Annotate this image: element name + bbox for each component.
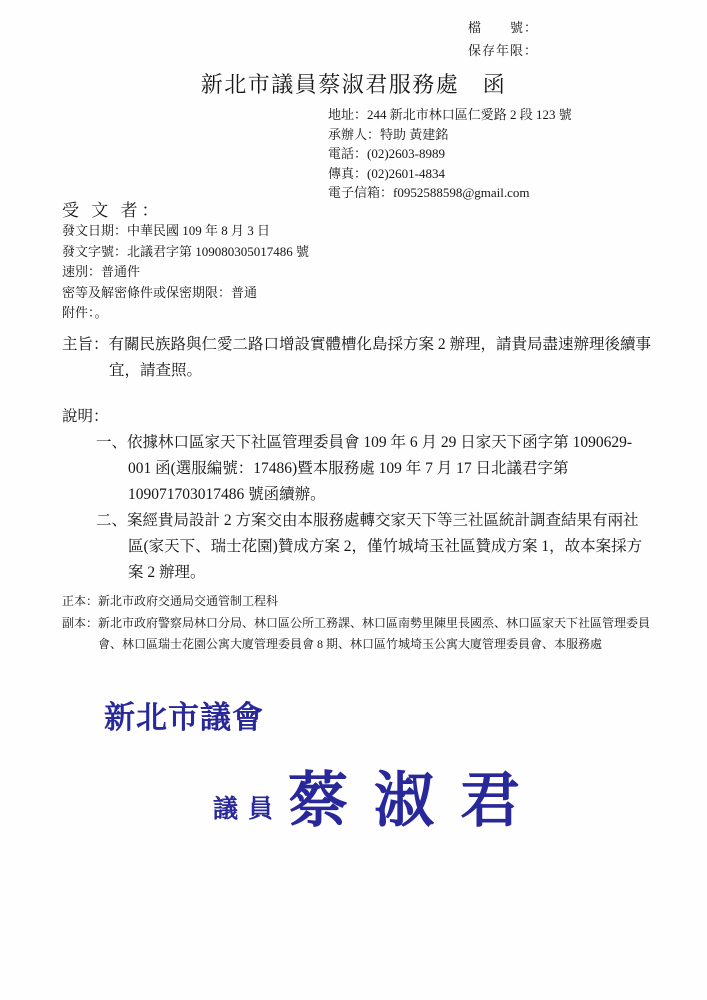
council-stamp: 新北市議會 [104, 692, 264, 737]
retention-period-label: 保存年限： [468, 39, 538, 62]
subject-section: 主旨：有關民族路與仁愛二路口增設實體槽化島採方案 2 辦理，請貴局盡速辦理後續事… [62, 332, 654, 384]
original-copy-text: 新北市政府交通局交通管制工程科 [98, 594, 278, 608]
sender-address: 地址：244 新北市林口區仁愛路 2 段 123 號 [328, 105, 572, 125]
priority: 速別：普通件 [62, 262, 309, 283]
description-item-2-number: 二、 [96, 512, 127, 529]
description-item-1-text: 依據林口區家天下社區管理委員會 109 年 6 月 29 日家天下函字第 109… [127, 434, 632, 503]
description-label: 說明： [62, 404, 654, 430]
description-item-2-text: 案經貴局設計 2 方案交由本服務處轉交家天下等三社區統計調查結果有兩社區(家天下… [127, 512, 642, 581]
sender-phone: 電話：(02)2603-8989 [328, 144, 572, 164]
subject-label: 主旨： [62, 336, 109, 353]
original-copy-line: 正本：新北市政府交通局交通管制工程科 [62, 591, 656, 613]
councilor-name-stamp: 蔡淑君 [288, 753, 546, 839]
description-item-1: 一、依據林口區家天下社區管理委員會 109 年 6 月 29 日家天下函字第 1… [96, 430, 654, 508]
cc-copy-label: 副本： [62, 616, 98, 630]
cc-copy-line: 副本：新北市政府警察局林口分局、林口區公所工務課、林口區南勢里陳里長國烝、林口區… [62, 613, 656, 656]
document-meta-block: 發文日期：中華民國 109 年 8 月 3 日 發文字號：北議君字第 10908… [62, 221, 309, 324]
sender-contact-person: 承辦人：特助 黃建銘 [328, 125, 572, 145]
document-title: 新北市議員蔡淑君服務處 函 [0, 68, 707, 99]
official-letter-page: 檔 號： 保存年限： 新北市議員蔡淑君服務處 函 地址：244 新北市林口區仁愛… [0, 0, 707, 1000]
cc-copy-text: 新北市政府警察局林口分局、林口區公所工務課、林口區南勢里陳里長國烝、林口區家天下… [98, 616, 650, 652]
copies-section: 正本：新北市政府交通局交通管制工程科 副本：新北市政府警察局林口分局、林口區公所… [62, 591, 656, 656]
archive-number-label: 檔 號： [468, 16, 538, 39]
original-copy-label: 正本： [62, 594, 98, 608]
description-item-1-number: 一、 [96, 434, 127, 451]
issue-date: 發文日期：中華民國 109 年 8 月 3 日 [62, 221, 309, 242]
sender-email: 電子信箱：f0952588598@gmail.com [328, 183, 572, 203]
sender-contact-block: 地址：244 新北市林口區仁愛路 2 段 123 號 承辦人：特助 黃建銘 電話… [328, 105, 572, 203]
description-item-2: 二、案經貴局設計 2 方案交由本服務處轉交家天下等三社區統計調查結果有兩社區(家… [96, 508, 654, 586]
subject-paragraph: 主旨：有關民族路與仁愛二路口增設實體槽化島採方案 2 辦理，請貴局盡速辦理後續事… [62, 332, 654, 384]
sender-fax: 傳真：(02)2601-4834 [328, 164, 572, 184]
attachment: 附件：。 [62, 303, 309, 324]
security-classification: 密等及解密條件或保密期限：普通 [62, 283, 309, 304]
description-section: 說明： 一、依據林口區家天下社區管理委員會 109 年 6 月 29 日家天下函… [62, 404, 654, 586]
file-info-block: 檔 號： 保存年限： [468, 16, 538, 62]
subject-text: 有關民族路與仁愛二路口增設實體槽化島採方案 2 辦理，請貴局盡速辦理後續事宜，請… [109, 336, 652, 379]
recipient-label: 受 文 者： [62, 196, 163, 221]
issue-number: 發文字號：北議君字第 109080305017486 號 [62, 242, 309, 263]
councilor-role-stamp: 議員 [213, 789, 283, 825]
